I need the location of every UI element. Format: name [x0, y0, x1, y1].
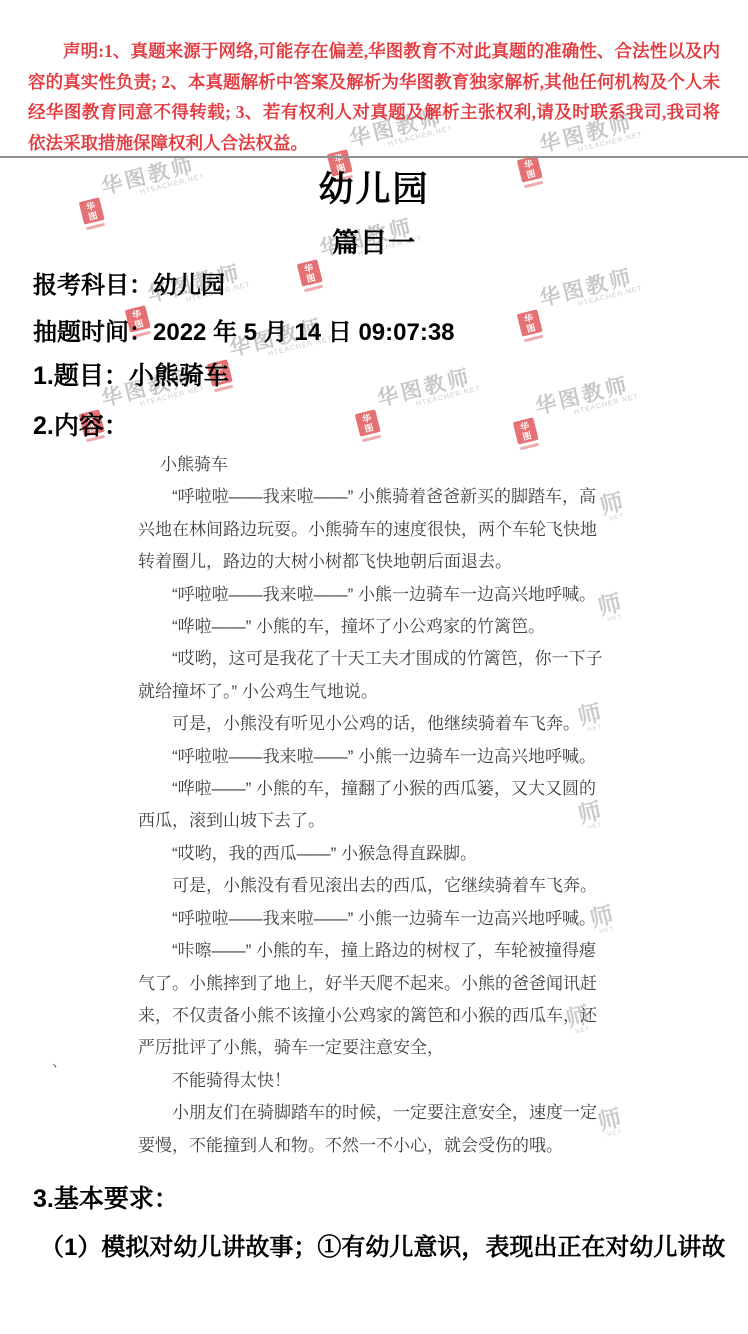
story-title: 小熊骑车: [138, 449, 603, 481]
story-paragraph: “哗啦——” 小熊的车，撞坏了小公鸡家的竹篱笆。: [138, 611, 603, 643]
huatu-logo-icon: 华图: [513, 417, 539, 444]
story-paragraph: “呼啦啦——我来啦——” 小熊一边骑车一边高兴地呼喊。: [138, 741, 603, 773]
story-paragraph: “哎哟，我的西瓜——” 小猴急得直跺脚。: [138, 838, 603, 870]
story-paragraph: 不能骑得太快！: [138, 1065, 603, 1097]
huatu-logo-subtext-decoration: [304, 285, 323, 293]
requirement-item: （1）模拟对幼儿讲故事；①有幼儿意识，表现出正在对幼儿讲故: [40, 1227, 725, 1262]
huatu-logo-subtext-decoration: [524, 335, 543, 343]
watermark-brand-text: 华图教师: [532, 369, 632, 421]
story-paragraph: “呼啦啦——我来啦——” 小熊骑着爸爸新买的脚踏车，高兴地在林间路边玩耍。小熊骑…: [138, 481, 603, 578]
story-paragraph: “咔嚓——” 小熊的车，撞上路边的树杈了，车轮被撞得瘪气了。小熊摔到了地上，好半…: [138, 935, 603, 1065]
meta-time-value: 2022 年 5 月 14 日 09:07:38: [153, 319, 455, 346]
meta-subject-line: 报考科目：幼儿园: [33, 265, 225, 300]
story-paragraph: 可是，小熊没有听见小公鸡的话，他继续骑着车飞奔。: [138, 708, 603, 740]
watermark-partial: 师.NET: [596, 1101, 647, 1152]
watermark-partial: 师.NET: [596, 586, 647, 637]
huatu-logo-icon: 华图: [297, 259, 323, 286]
story-body: 小熊骑车 “呼啦啦——我来啦——” 小熊骑着爸爸新买的脚踏车，高兴地在林间路边玩…: [138, 449, 603, 1162]
meta-subject-label: 报考科目：: [33, 272, 153, 299]
section-question-heading: 1.题目：小熊骑车: [33, 356, 229, 392]
story-paragraph: 小朋友们在骑脚踏车的时候，一定要注意安全，速度一定要慢，不能撞到人和物。不然一不…: [138, 1097, 603, 1162]
story-paragraph: “哗啦——” 小熊的车，撞翻了小猴的西瓜篓，又大又圆的西瓜，滚到山坡下去了。: [138, 773, 603, 838]
story-paragraph: 可是，小熊没有看见滚出去的西瓜，它继续骑着车飞奔。: [138, 870, 603, 902]
watermark-site-text: HTEACHER.NET: [573, 393, 639, 416]
huatu-watermark: 华图 华图教师 HTEACHER.NET: [510, 250, 670, 343]
huatu-logo-icon: 华图: [355, 409, 381, 436]
watermark-brand-text: 华图教师: [374, 361, 474, 413]
watermark-site-text: HTEACHER.NET: [577, 285, 643, 308]
section-requirements-heading: 3.基本要求：: [33, 1179, 179, 1215]
huatu-logo-subtext-decoration: [362, 435, 381, 443]
divider: [0, 156, 748, 158]
meta-time-line: 抽题时间：2022 年 5 月 14 日 09:07:38: [33, 312, 455, 347]
stray-punctuation-mark: 、: [52, 1050, 67, 1071]
disclaimer-text: 声明:1、真题来源于网络,可能存在偏差,华图教育不对此真题的准确性、合法性以及内…: [28, 36, 720, 158]
huatu-watermark: 华图 华图教师 HTEACHER.NET: [348, 350, 508, 443]
page-subtitle: 篇目一: [0, 221, 748, 260]
question-value: 小熊骑车: [129, 362, 229, 390]
story-paragraph: “哎哟，这可是我花了十天工夫才围成的竹篱笆，你一下子就给撞坏了。” 小公鸡生气地…: [138, 643, 603, 708]
watermark-site-text: HTEACHER.NET: [415, 385, 481, 408]
document-page: 华图 华图教师 HTEACHER.NET 华图 华图教师 HTEACHER.NE…: [0, 0, 748, 1334]
meta-subject-value: 幼儿园: [153, 272, 225, 299]
story-paragraph: “呼啦啦——我来啦——” 小熊一边骑车一边高兴地呼喊。: [138, 579, 603, 611]
meta-time-label: 抽题时间：: [33, 319, 153, 346]
disclaimer-body: 1、真题来源于网络,可能存在偏差,华图教育不对此真题的准确性、合法性以及内容的真…: [28, 41, 720, 153]
watermark-partial: 师.NET: [598, 485, 649, 536]
huatu-watermark: 华图 华图教师 HTEACHER.NET: [506, 358, 666, 451]
section-content-heading: 2.内容：: [33, 406, 129, 442]
question-label: 1.题目：: [33, 362, 129, 390]
watermark-brand-text: 华图教师: [536, 261, 636, 313]
page-title: 幼儿园: [0, 162, 748, 212]
disclaimer-prefix: 声明:: [63, 41, 104, 61]
huatu-logo-icon: 华图: [517, 309, 543, 336]
story-paragraph: “呼啦啦——我来啦——” 小熊一边骑车一边高兴地呼喊。: [138, 903, 603, 935]
